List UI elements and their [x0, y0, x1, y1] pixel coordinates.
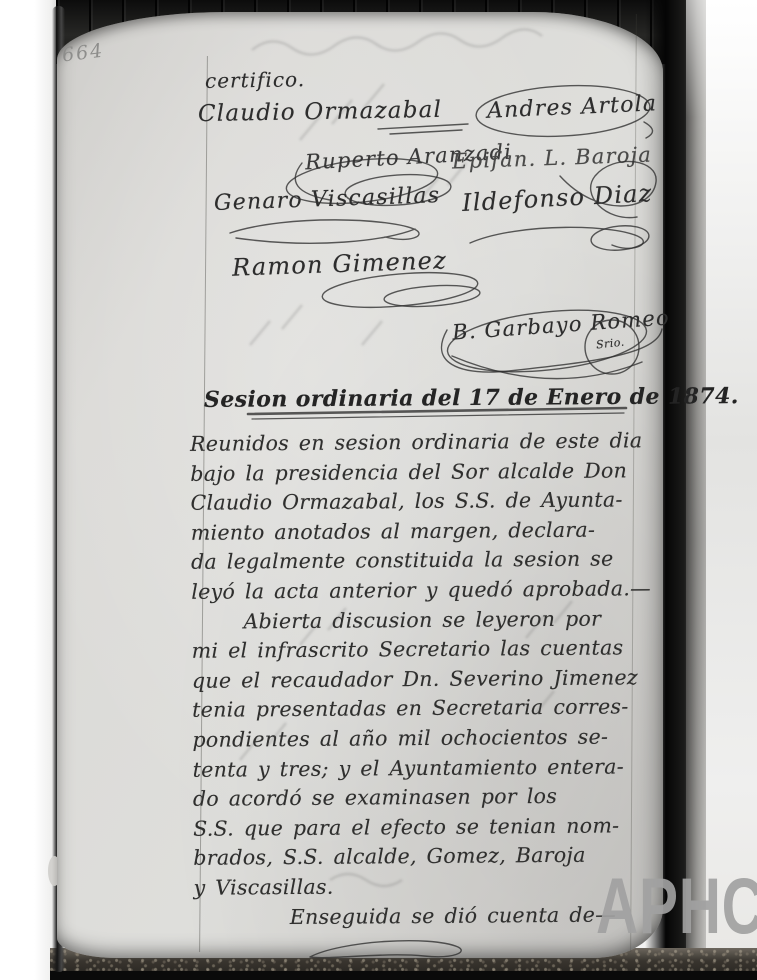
- certify-line: certifico.: [205, 67, 305, 93]
- manuscript-line: S.S. que para el efecto se tenian nom-: [193, 813, 653, 846]
- manuscript-line: tenta y tres; y el Ayuntamiento entera-: [193, 754, 653, 787]
- manuscript-line: leyó la acta anterior y quedó aprobada.—: [191, 576, 651, 609]
- book-pages-fore-edge: [686, 0, 706, 980]
- manuscript-line: miento anotados al margen, declara-: [191, 517, 651, 550]
- manuscript-line: Reunidos en sesion ordinaria de este dia: [190, 428, 650, 461]
- manuscript-line: y Viscasillas.: [194, 872, 654, 905]
- scan-bed-right-strip: [706, 0, 757, 980]
- manuscript-line: da legalmente constituida la sesion se: [191, 547, 651, 580]
- manuscript-line: brados, S.S. alcalde, Gomez, Baroja: [193, 843, 653, 876]
- manuscript-line: Claudio Ormazabal, los S.S. de Ayunta-: [190, 487, 650, 520]
- archive-watermark: APHC: [596, 866, 757, 945]
- manuscript-line: mi el infrascrito Secretario las cuentas: [192, 635, 652, 668]
- scan-bed-left-strip: [0, 0, 57, 980]
- manuscript-line: do acordó se examinasen por los: [193, 783, 653, 816]
- manuscript-line: Abierta discusion se leyeron por: [191, 606, 651, 639]
- manuscript-line: que el recaudador Dn. Severino Jimenez: [192, 665, 652, 698]
- act-body: Reunidos en sesion ordinaria de este dia…: [190, 428, 654, 935]
- manuscript-line: pondientes al año mil ochocientos se-: [192, 724, 652, 757]
- archive-photo: 664 certifico. Claudio Ormazabal Andres …: [0, 0, 757, 980]
- session-heading: Sesion ordinaria del 17 de Enero de 1874…: [204, 383, 739, 413]
- manuscript-line: Enseguida se dió cuenta de—: [194, 902, 654, 935]
- manuscript-line: tenia presentadas en Secretaria corres-: [192, 695, 652, 728]
- signature-ormazabal: Claudio Ormazabal: [198, 97, 443, 127]
- manuscript-line: bajo la presidencia del Sor alcalde Don: [190, 458, 650, 491]
